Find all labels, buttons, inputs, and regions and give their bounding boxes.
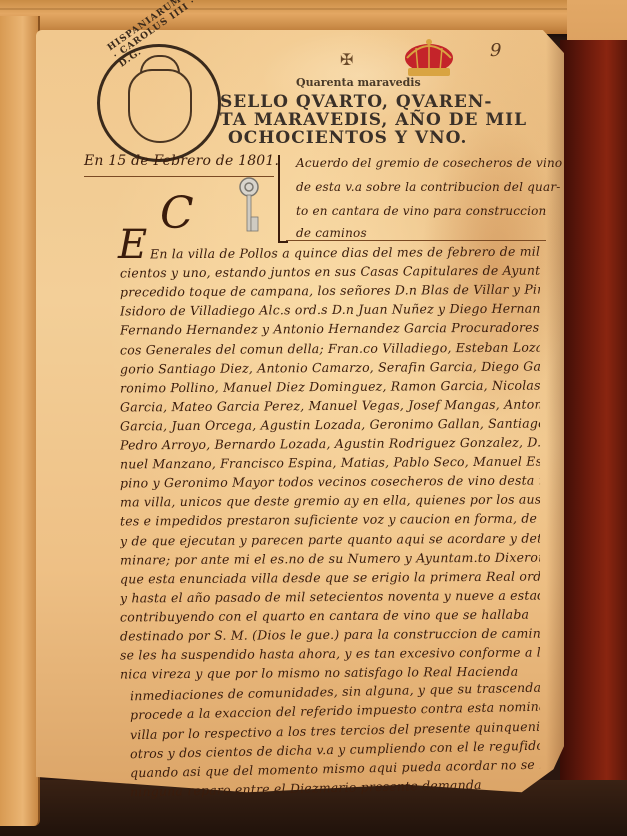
summary-line: de caminos (296, 226, 367, 240)
summary-line: Acuerdo del gremio de cosecheros de vino (296, 156, 562, 170)
manuscript-line: y hasta el año pasado de mil setecientos… (120, 587, 540, 605)
ornamental-initial-c: C (160, 188, 194, 239)
stamp-line-3: OCHOCIENTOS Y VNO. (228, 128, 467, 148)
manuscript-line: Garcia, Mateo Garcia Perez, Manuel Vegas… (120, 396, 540, 414)
cross-icon: ✠ (340, 50, 353, 69)
manuscript-line: precedido toque de campana, los señores … (120, 282, 540, 300)
manuscript-line: pino y Geronimo Mayor todos vecinos cose… (120, 473, 540, 491)
margin-bracket (278, 155, 288, 243)
crown-icon (402, 38, 456, 80)
manuscript-line: destinado por S. M. (Dios le gue.) para … (120, 626, 540, 644)
manuscript-line: y de que ejecutan y parecen parte quanto… (120, 530, 540, 548)
manuscript-line: cientos y uno, estando juntos en sus Cas… (120, 263, 540, 281)
manuscript-line: cos Generales del comun della; Fran.co V… (120, 339, 540, 357)
manuscript-line: minare; por ante mi el es.no de su Numer… (120, 549, 540, 567)
manuscript-line: nuel Manzano, Francisco Espina, Matias, … (120, 454, 540, 472)
manuscript-line: Garcia, Juan Orcega, Agustin Lozada, Ger… (120, 415, 540, 433)
manuscript-line: contribuyendo con el quarto en cantara d… (120, 606, 540, 624)
page-number: 9 (490, 40, 501, 61)
manuscript-line: Pedro Arroyo, Bernardo Lozada, Agustin R… (120, 435, 540, 453)
key-icon (238, 177, 260, 235)
stamp-line-1: SELLO QVARTO, QVAREN- (220, 92, 492, 112)
manuscript-line: que esta enunciada villa desde que se er… (120, 568, 540, 586)
red-binding-board (560, 40, 627, 780)
manuscript-line: ronimo Pollino, Manuel Diez Dominguez, R… (120, 377, 540, 395)
summary-line: de esta v.a sobre la contribucion del qu… (296, 180, 561, 194)
manuscript-line: gorio Santiago Diez, Antonio Camarzo, Se… (120, 358, 540, 376)
manuscript-line: nica vireza y que por lo mismo no satisf… (120, 664, 540, 682)
stamp-line-2: TA MARAVEDIS, AÑO DE MIL (220, 110, 527, 130)
stamp-value-label: Quarenta maravedis (296, 76, 421, 89)
royal-seal-stamp: HISPANIARUM REX · CAROLUS IIII · D.G. (97, 44, 221, 162)
summary-line: to en cantara de vino para construccion (296, 204, 546, 218)
ornamental-initial-e: E (118, 222, 147, 268)
date-line: En 15 de Febrero de 1801. (84, 153, 279, 169)
adjacent-page-edge (0, 16, 40, 826)
wooden-shelf (0, 0, 600, 34)
manuscript-line: se les ha suspendido hasta ahora, y es t… (120, 645, 540, 663)
manuscript-line: En la villa de Pollos a quince dias del … (150, 244, 540, 262)
seal-shield-icon (128, 69, 192, 143)
